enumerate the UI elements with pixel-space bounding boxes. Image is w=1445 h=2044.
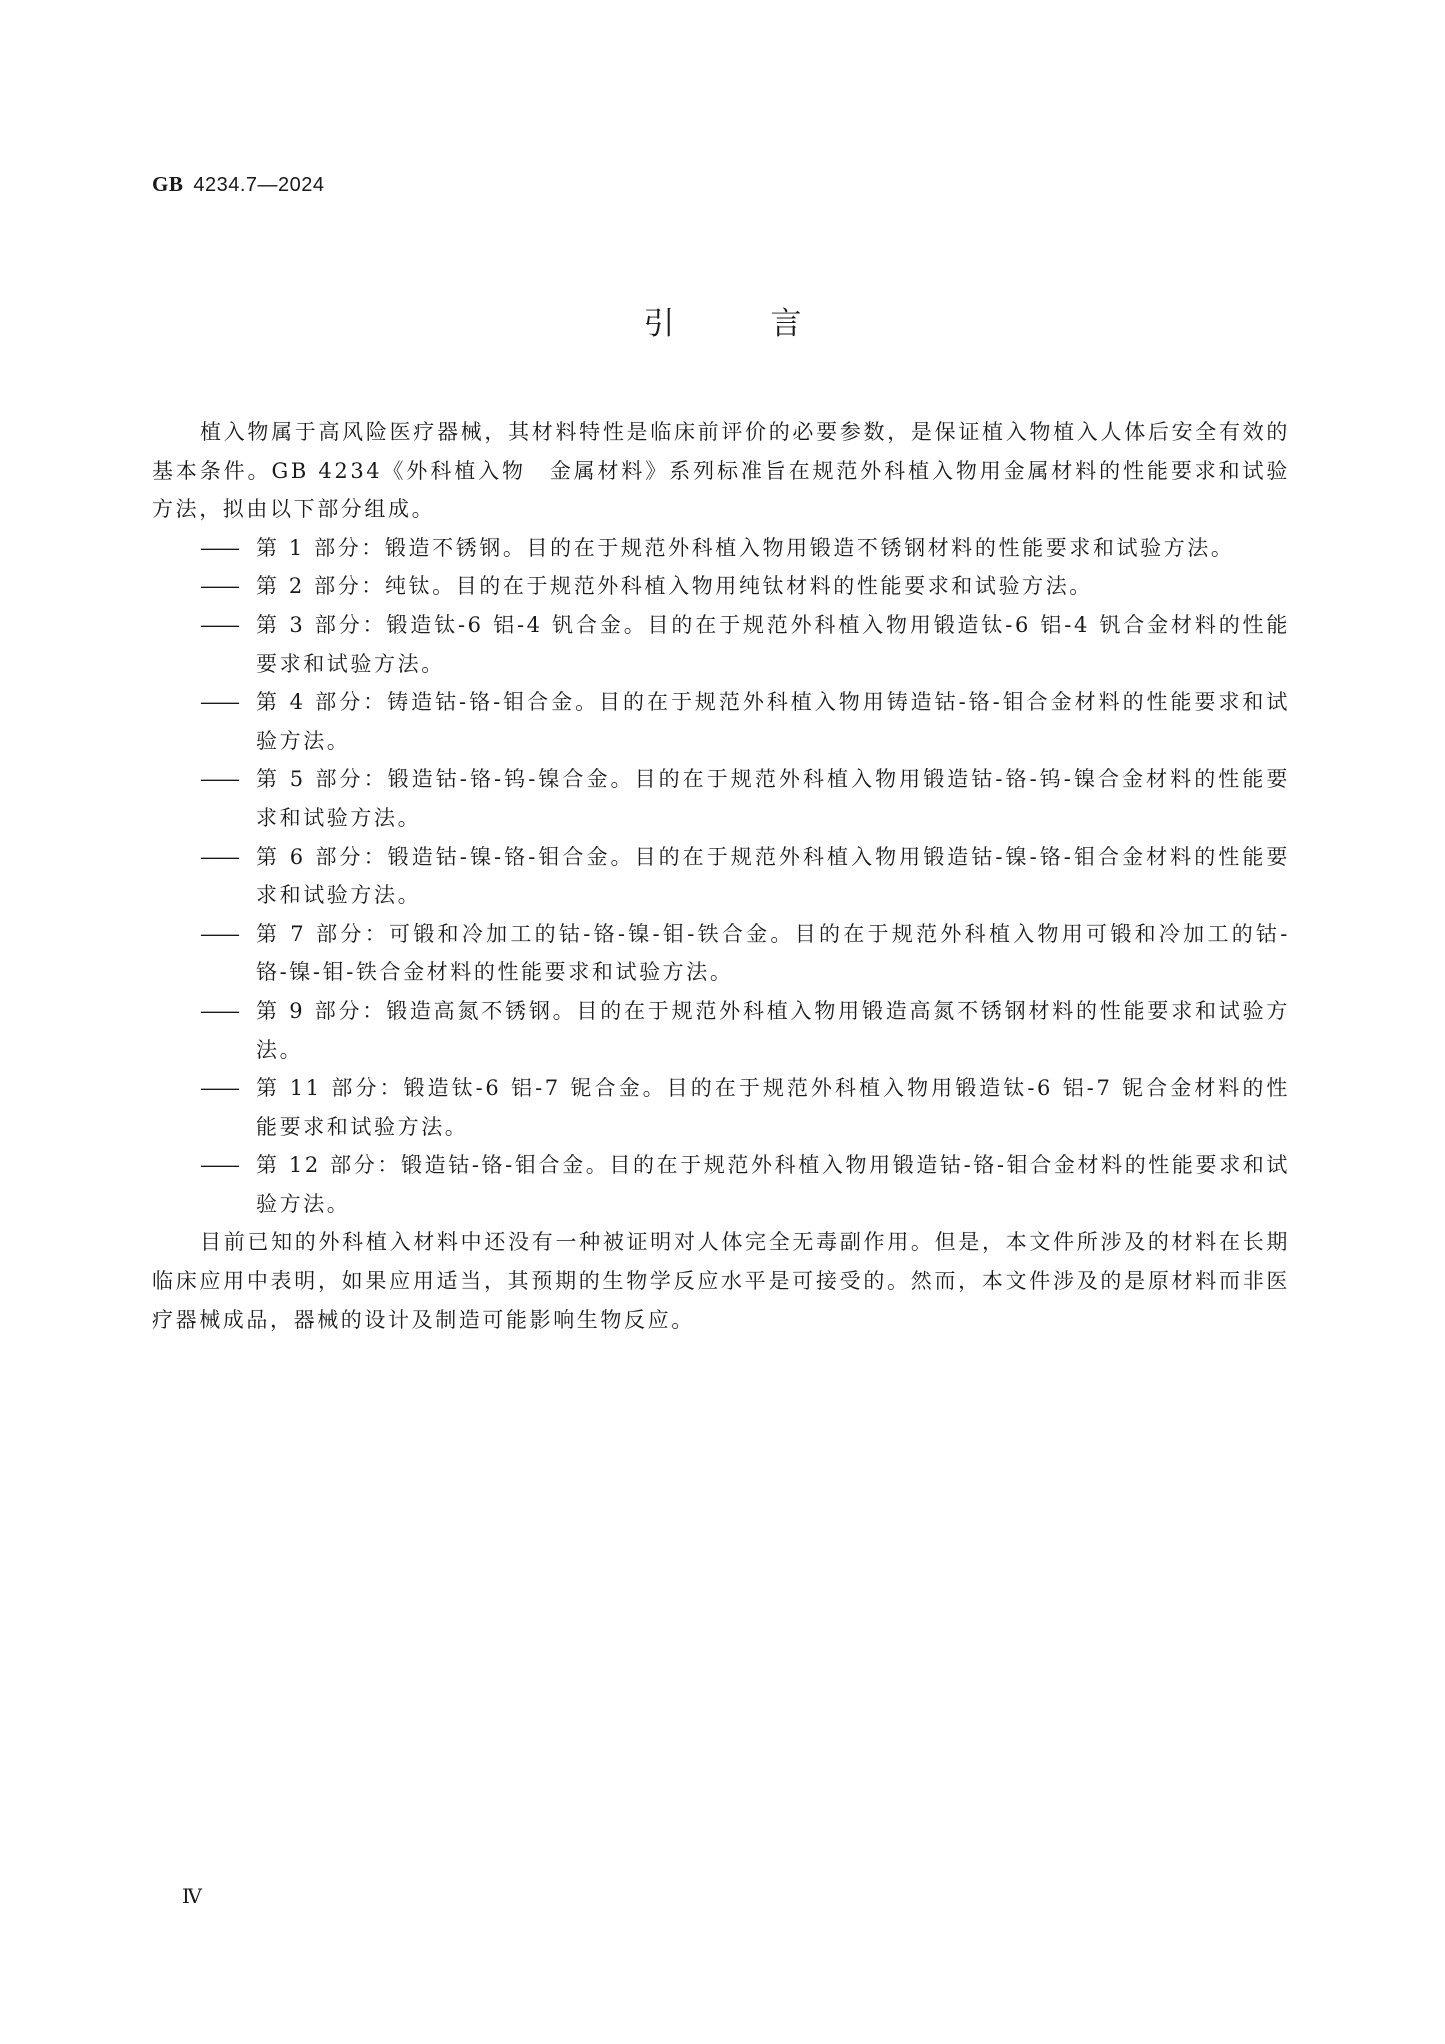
list-item-text: 第 7 部分：可锻和冷加工的钴-铬-镍-钼-铁合金。目的在于规范外科植入物用可锻…: [256, 922, 1290, 985]
document-body: 植入物属于高风险医疗器械，其材料特性是临床前评价的必要参数，是保证植入物植入人体…: [152, 413, 1290, 1339]
standard-prefix: GB: [152, 172, 183, 196]
title-char-1: 引: [644, 298, 675, 343]
list-item-text: 第 9 部分：锻造高氮不锈钢。目的在于规范外科植入物用锻造高氮不锈钢材料的性能要…: [256, 999, 1290, 1062]
list-dash: ——: [200, 838, 238, 877]
list-dash: ——: [200, 760, 238, 799]
list-item-text: 第 4 部分：铸造钴-铬-钼合金。目的在于规范外科植入物用铸造钴-铬-钼合金材料…: [256, 690, 1290, 753]
list-dash: ——: [200, 606, 238, 645]
list-dash: ——: [200, 683, 238, 722]
closing-paragraph: 目前已知的外科植入材料中还没有一种被证明对人体完全无毒副作用。但是，本文件所涉及…: [152, 1223, 1290, 1339]
list-item: ——第 5 部分：锻造钴-铬-钨-镍合金。目的在于规范外科植入物用锻造钴-铬-钨…: [152, 760, 1290, 837]
page-number: Ⅳ: [182, 1884, 202, 1909]
page-title: 引言: [0, 298, 1445, 343]
list-dash: ——: [200, 992, 238, 1031]
list-item-text: 第 11 部分：锻造钛-6 铝-7 铌合金。目的在于规范外科植入物用锻造钛-6 …: [256, 1076, 1290, 1139]
list-item-text: 第 5 部分：锻造钴-铬-钨-镍合金。目的在于规范外科植入物用锻造钴-铬-钨-镍…: [256, 767, 1290, 830]
list-item: ——第 4 部分：铸造钴-铬-钼合金。目的在于规范外科植入物用铸造钴-铬-钼合金…: [152, 683, 1290, 760]
list-item: ——第 7 部分：可锻和冷加工的钴-铬-镍-钼-铁合金。目的在于规范外科植入物用…: [152, 915, 1290, 992]
list-item: ——第 9 部分：锻造高氮不锈钢。目的在于规范外科植入物用锻造高氮不锈钢材料的性…: [152, 992, 1290, 1069]
list-item-text: 第 12 部分：锻造钴-铬-钼合金。目的在于规范外科植入物用锻造钴-铬-钼合金材…: [256, 1153, 1290, 1216]
list-item: ——第 11 部分：锻造钛-6 铝-7 铌合金。目的在于规范外科植入物用锻造钛-…: [152, 1069, 1290, 1146]
intro-paragraph: 植入物属于高风险医疗器械，其材料特性是临床前评价的必要参数，是保证植入物植入人体…: [152, 413, 1290, 529]
list-item: ——第 3 部分：锻造钛-6 铝-4 钒合金。目的在于规范外科植入物用锻造钛-6…: [152, 606, 1290, 683]
standard-number: 4234.7—2024: [193, 174, 324, 196]
list-item-text: 第 1 部分：锻造不锈钢。目的在于规范外科植入物用锻造不锈钢材料的性能要求和试验…: [256, 536, 1235, 560]
list-dash: ——: [200, 529, 238, 568]
list-dash: ——: [200, 915, 238, 954]
list-dash: ——: [200, 1146, 238, 1185]
list-item: ——第 1 部分：锻造不锈钢。目的在于规范外科植入物用锻造不锈钢材料的性能要求和…: [152, 529, 1290, 568]
list-item-text: 第 6 部分：锻造钴-镍-铬-钼合金。目的在于规范外科植入物用锻造钴-镍-铬-钼…: [256, 845, 1290, 908]
list-item: ——第 12 部分：锻造钴-铬-钼合金。目的在于规范外科植入物用锻造钴-铬-钼合…: [152, 1146, 1290, 1223]
standard-code-header: GB4234.7—2024: [152, 172, 325, 197]
title-char-2: 言: [771, 298, 802, 343]
list-dash: ——: [200, 567, 238, 606]
list-item: ——第 2 部分：纯钛。目的在于规范外科植入物用纯钛材料的性能要求和试验方法。: [152, 567, 1290, 606]
list-dash: ——: [200, 1069, 238, 1108]
list-item: ——第 6 部分：锻造钴-镍-铬-钼合金。目的在于规范外科植入物用锻造钴-镍-铬…: [152, 838, 1290, 915]
list-item-text: 第 3 部分：锻造钛-6 铝-4 钒合金。目的在于规范外科植入物用锻造钛-6 铝…: [256, 613, 1290, 676]
parts-list: ——第 1 部分：锻造不锈钢。目的在于规范外科植入物用锻造不锈钢材料的性能要求和…: [152, 529, 1290, 1224]
list-item-text: 第 2 部分：纯钛。目的在于规范外科植入物用纯钛材料的性能要求和试验方法。: [256, 574, 1093, 598]
